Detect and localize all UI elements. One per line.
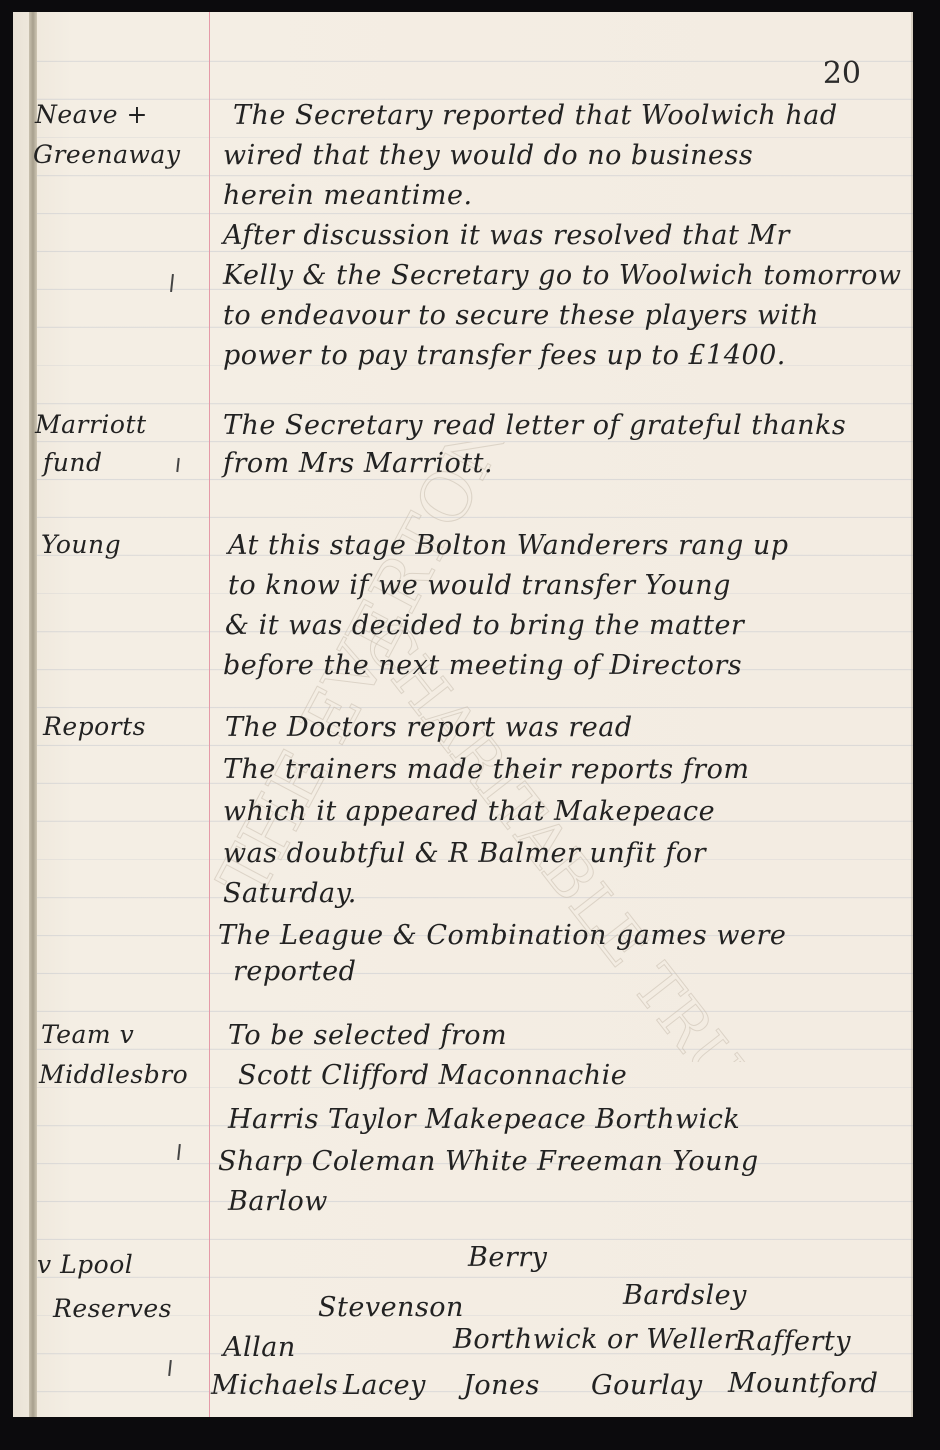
minute-line: to know if we would transfer Young — [228, 570, 731, 601]
margin-rule — [209, 12, 210, 1417]
lineup-half: Rafferty — [735, 1326, 851, 1357]
minute-line: Saturday. — [223, 878, 357, 909]
minute-line: herein meantime. — [223, 180, 473, 211]
lineup-back: Bardsley — [623, 1280, 747, 1311]
lineup-back: Stevenson — [318, 1292, 464, 1323]
lineup-forward: Mountford — [728, 1368, 878, 1399]
squad-line: Scott Clifford Maconnachie — [238, 1060, 627, 1091]
margin-note: v Lpool — [37, 1250, 133, 1279]
minute-line: The trainers made their reports from — [223, 754, 749, 785]
page-number: 20 — [823, 56, 861, 91]
lineup-forward: Michaels — [211, 1370, 338, 1401]
squad-line: Sharp Coleman White Freeman Young — [218, 1146, 759, 1177]
minute-line: To be selected from — [228, 1020, 507, 1051]
lineup-half: Allan — [223, 1332, 296, 1363]
minute-line: power to pay transfer fees up to £1400. — [223, 340, 786, 371]
lineup-forward: Gourlay — [591, 1370, 703, 1401]
minute-line: Kelly & the Secretary go to Woolwich tom… — [223, 260, 901, 291]
lineup-half: Borthwick or Weller — [453, 1324, 737, 1355]
minute-line: wired that they would do no business — [223, 140, 753, 171]
squad-line: Barlow — [228, 1186, 328, 1217]
margin-note: Marriott — [35, 410, 147, 439]
minute-line: which it appeared that Makepeace — [223, 796, 715, 827]
minute-line: The Secretary reported that Woolwich had — [233, 100, 838, 131]
lineup-forward: Jones — [463, 1370, 540, 1401]
minute-line: After discussion it was resolved that Mr — [223, 220, 790, 251]
margin-note: Young — [41, 530, 121, 559]
margin-note: Middlesbro — [39, 1060, 188, 1089]
minute-line: The League & Combination games were — [218, 920, 786, 951]
minute-line: The Secretary read letter of grateful th… — [223, 410, 846, 441]
margin-note: Greenaway — [33, 140, 180, 169]
lineup-forward: Lacey — [343, 1370, 426, 1401]
minute-line: At this stage Bolton Wanderers rang up — [228, 530, 789, 561]
margin-note: Reserves — [53, 1294, 172, 1323]
minute-line: before the next meeting of Directors — [223, 650, 742, 681]
margin-note: Reports — [43, 712, 146, 741]
squad-line: Harris Taylor Makepeace Borthwick — [228, 1104, 740, 1135]
margin-note: Team v — [41, 1020, 134, 1049]
book-binding — [29, 12, 37, 1417]
minute-line: reported — [233, 956, 356, 987]
minute-line: from Mrs Marriott. — [223, 448, 493, 479]
minute-line: was doubtful & R Balmer unfit for — [223, 838, 706, 869]
ledger-page: THE EVERTON COLLECTION CHARITABLE TRUST … — [13, 12, 913, 1417]
minute-line: to endeavour to secure these players wit… — [223, 300, 819, 331]
margin-note: Neave + — [35, 100, 148, 129]
margin-note: fund — [43, 448, 102, 477]
minute-line: & it was decided to bring the matter — [225, 610, 744, 641]
minute-line: The Doctors report was read — [225, 712, 633, 743]
lineup-goal: Berry — [468, 1242, 547, 1273]
